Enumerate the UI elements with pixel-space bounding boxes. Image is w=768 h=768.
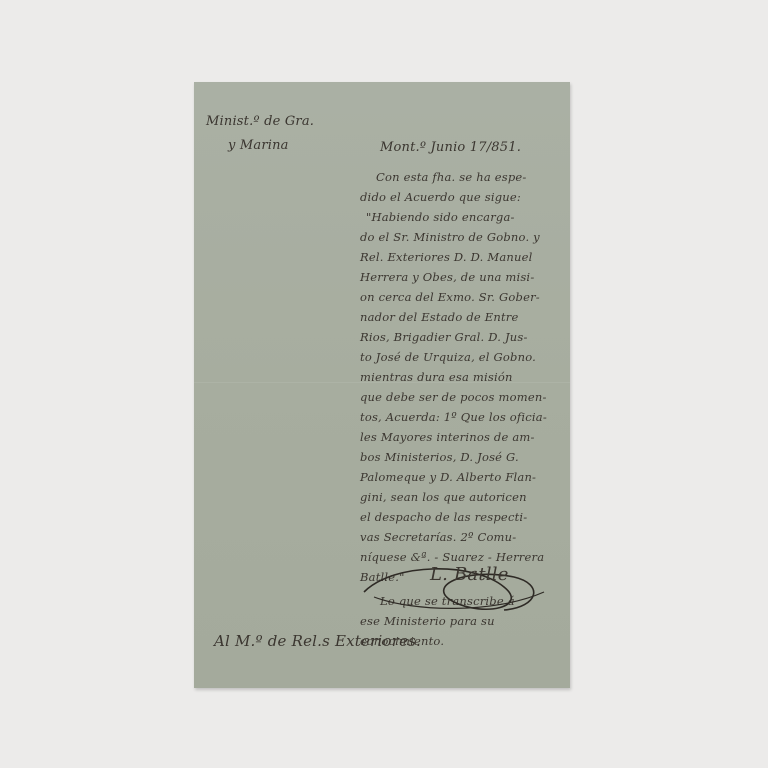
body-line: Palomeque y D. Alberto Flan- <box>360 470 536 484</box>
body-line: do el Sr. Ministro de Gobno. y <box>360 230 540 244</box>
body-line: bos Ministerios, D. José G. <box>360 450 519 464</box>
body-line: el despacho de las respecti- <box>360 510 527 524</box>
body-line: Rel. Exteriores D. D. Manuel <box>360 250 533 264</box>
body-line: les Mayores interinos de am- <box>360 430 535 444</box>
signature: L. Batlle <box>430 564 509 585</box>
body-line: Herrera y Obes, de una misi- <box>360 270 534 284</box>
body-line: to José de Urquiza, el Gobno. <box>360 350 536 364</box>
body-line: gini, sean los que autoricen <box>360 490 527 504</box>
body-line: mientras dura esa misión <box>360 370 513 384</box>
body-line: on cerca del Exmo. Sr. Gober- <box>360 290 540 304</box>
signature-flourish-icon <box>354 552 554 622</box>
body-line: "Habiendo sido encarga- <box>366 210 515 224</box>
body-line: Rios, Brigadier Gral. D. Jus- <box>360 330 528 344</box>
body-line: tos, Acuerda: 1º Que los oficia- <box>360 410 547 424</box>
letter-paper: Minist.º de Gra. y Marina Mont.º Junio 1… <box>194 82 570 688</box>
addressee: Al M.º de Rel.s Exteriores. <box>214 632 421 650</box>
ministry-line-1: Minist.º de Gra. <box>206 114 314 129</box>
body-line: Con esta fha. se ha espe- <box>376 170 527 184</box>
body-line: dido el Acuerdo que sigue: <box>360 190 521 204</box>
body-line: que debe ser de pocos momen- <box>360 390 547 404</box>
body-line: nador del Estado de Entre <box>360 310 518 324</box>
ministry-line-2: y Marina <box>228 138 289 153</box>
body-line: vas Secretarías. 2º Comu- <box>360 530 516 544</box>
place-date: Mont.º Junio 17/851. <box>380 140 521 155</box>
